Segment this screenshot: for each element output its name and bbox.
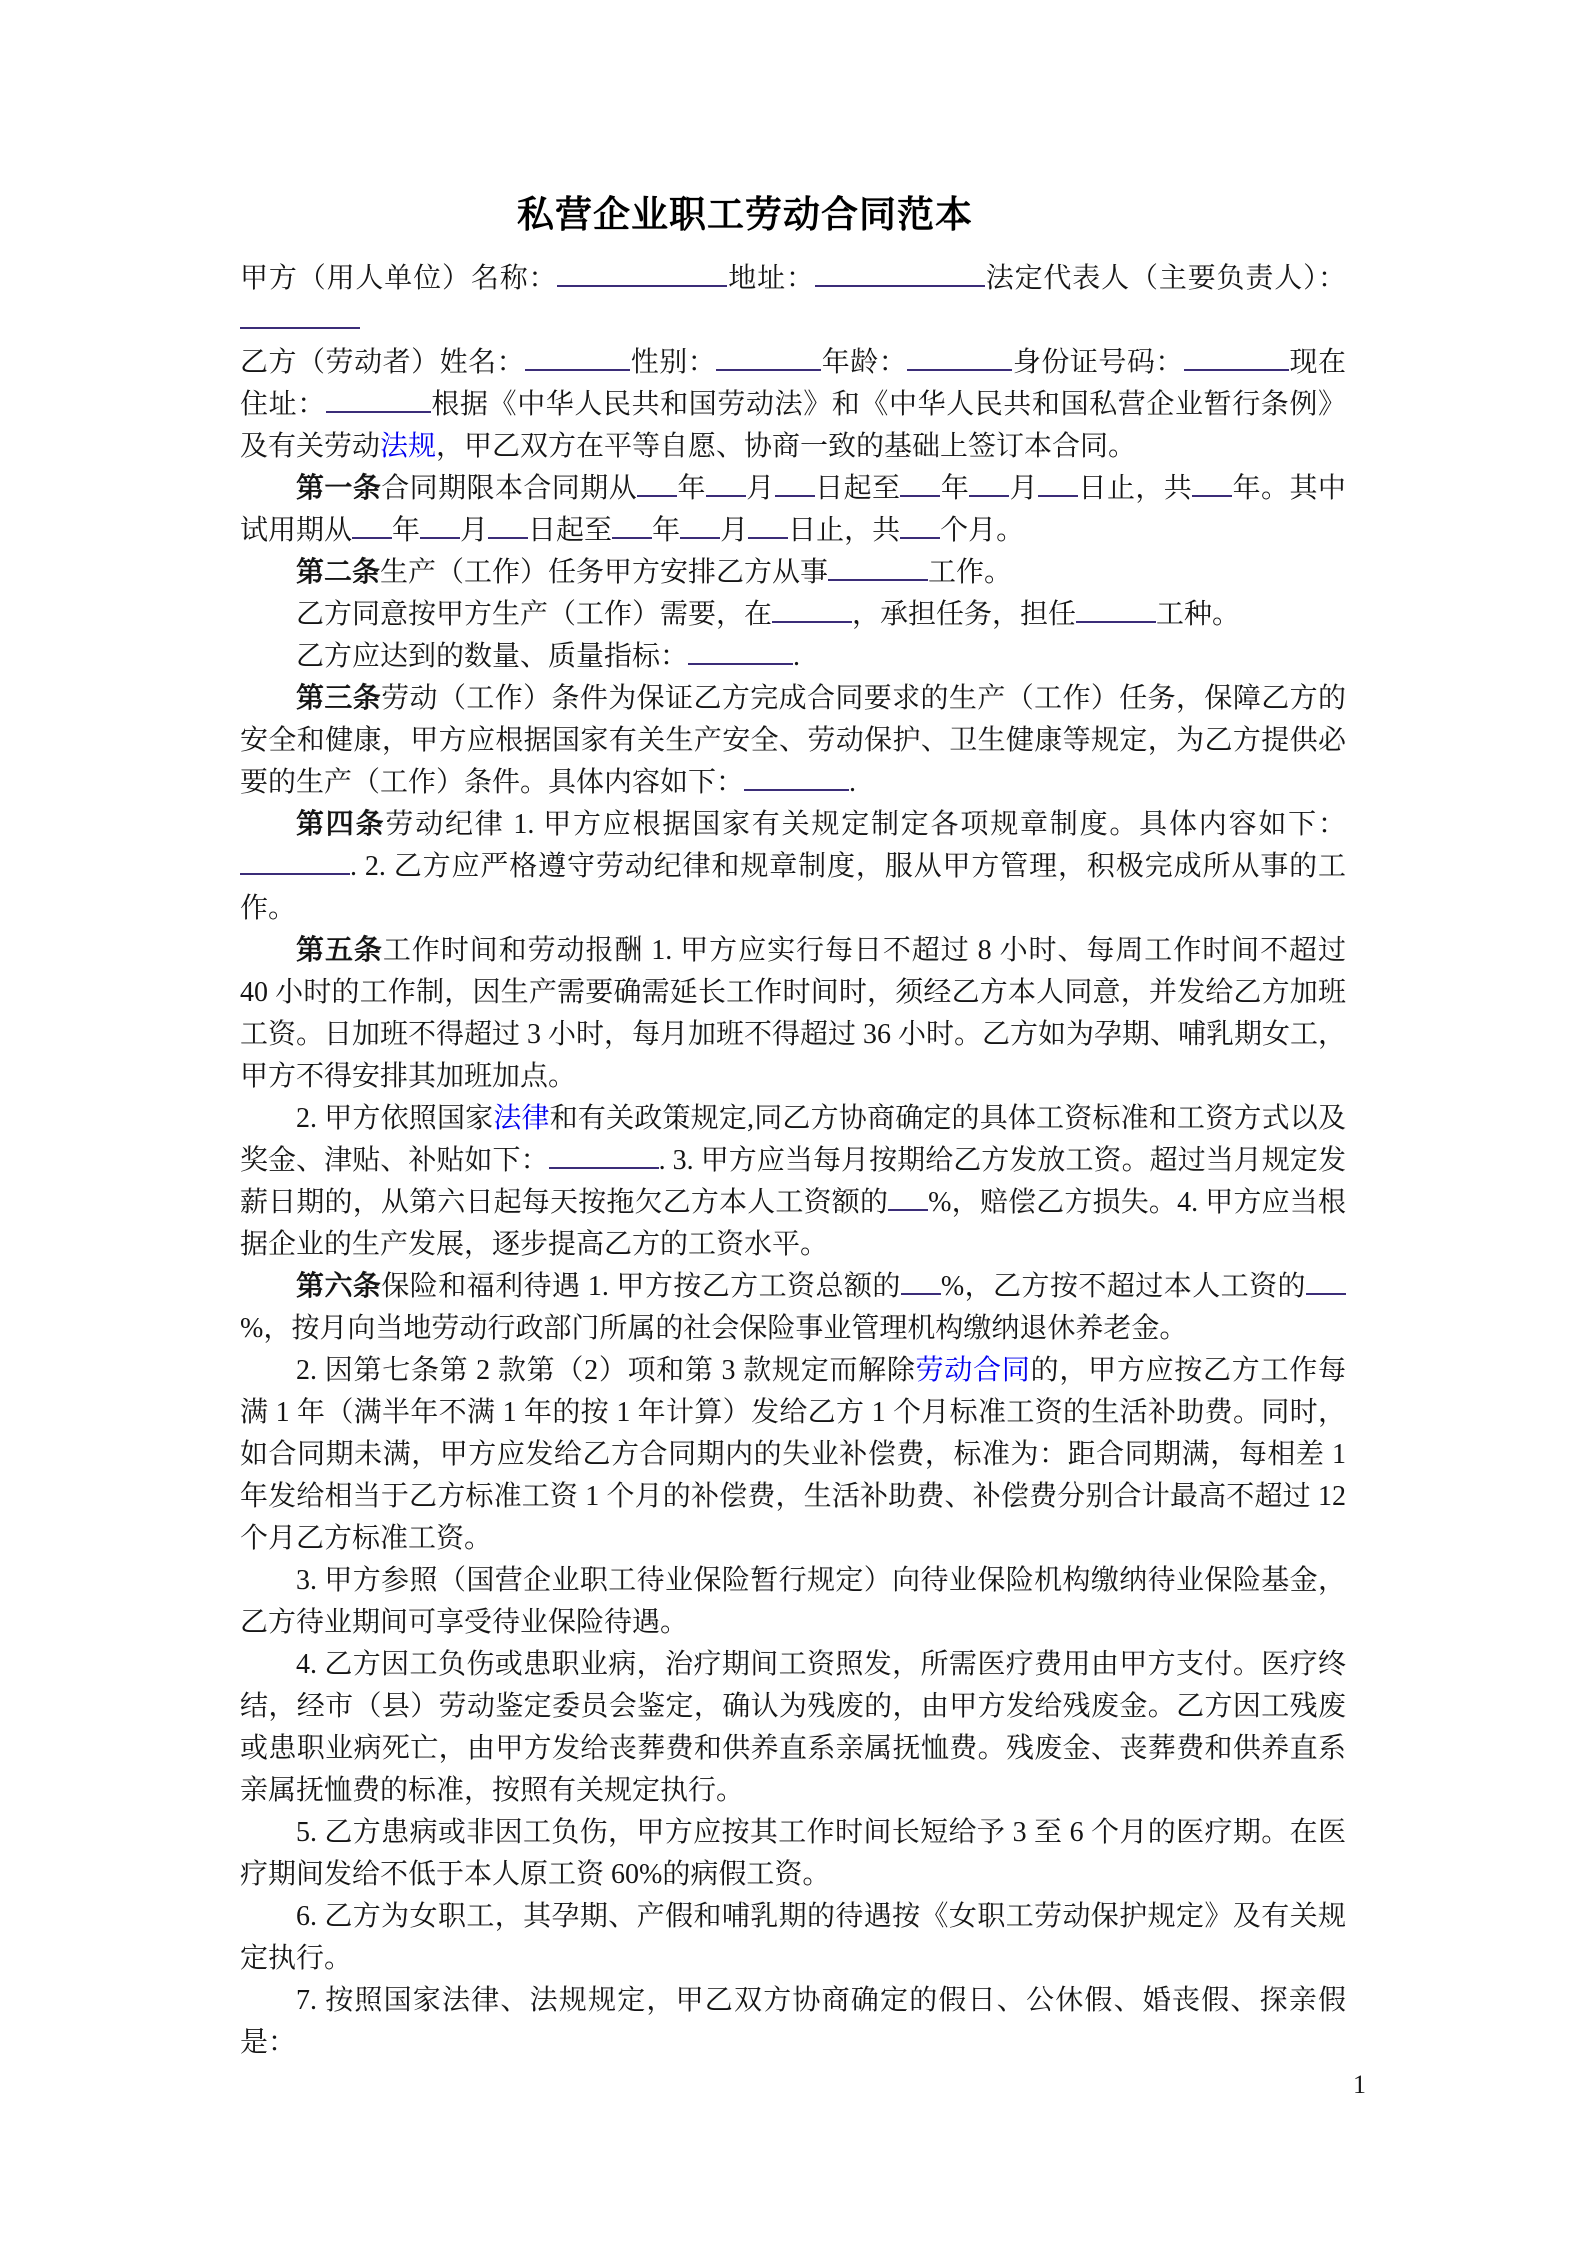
text-run: 生产（工作）任务甲方安排乙方从事: [380, 557, 828, 588]
text-run: 5. 乙方患病或非因工负伤，甲方应按其工作时间长短给予 3 至 6 个月的医疗期…: [240, 1817, 1346, 1890]
paragraph: 乙方（劳动者）姓名：性别：年龄：身份证号码：现在住址：根据《中华人民共和国劳动法…: [240, 342, 1346, 468]
blank-fill-in-field: [326, 387, 431, 413]
blank-fill-in-field: [352, 513, 392, 539]
hyperlink[interactable]: 法规: [380, 431, 436, 462]
blank-fill-in-field: [1076, 597, 1156, 623]
blank-fill-in-field: [1038, 471, 1078, 497]
text-run: 地址：: [727, 263, 814, 294]
blank-fill-in-field: [748, 513, 788, 539]
text-run: 月: [720, 515, 748, 546]
paragraph: 第六条保险和福利待遇 1. 甲方按乙方工资总额的%，乙方按不超过本人工资的%，按…: [240, 1266, 1346, 1350]
blank-fill-in-field: [706, 471, 746, 497]
paragraph: 3. 甲方参照（国营企业职工待业保险暂行规定）向待业保险机构缴纳待业保险基金，乙…: [240, 1560, 1346, 1644]
blank-fill-in-field: [815, 261, 985, 287]
text-run: ，承担任务，担任: [852, 599, 1076, 630]
text-run: 年: [652, 515, 680, 546]
article-heading: 第一条: [296, 473, 381, 504]
blank-fill-in-field: [901, 1269, 941, 1295]
text-run: 2. 因第七条第 2 款第（2）项和第 3 款规定而解除: [296, 1355, 916, 1386]
page-number: 1: [240, 2070, 1366, 2100]
text-run: 工作时间和劳动报酬 1. 甲方应实行每日不超过 8 小时、每周工作时间不超过 4…: [240, 935, 1346, 1092]
text-run: 日起至: [815, 473, 901, 504]
text-run: 6. 乙方为女职工，其孕期、产假和哺乳期的待遇按《女职工劳动保护规定》及有关规定…: [240, 1901, 1346, 1974]
blank-fill-in-field: [525, 345, 630, 371]
text-run: 年: [940, 473, 969, 504]
blank-fill-in-field: [612, 513, 652, 539]
blank-fill-in-field: [549, 1143, 659, 1169]
text-run: 劳动纪律 1. 甲方应根据国家有关规定制定各项规章制度。具体内容如下：: [385, 809, 1346, 840]
text-run: 工作。: [928, 557, 1012, 588]
blank-fill-in-field: [488, 513, 528, 539]
blank-fill-in-field: [680, 513, 720, 539]
blank-fill-in-field: [420, 513, 460, 539]
article-heading: 第四条: [296, 809, 385, 840]
paragraph: 2. 因第七条第 2 款第（2）项和第 3 款规定而解除劳动合同的，甲方应按乙方…: [240, 1350, 1346, 1560]
text-run: 月: [1009, 473, 1038, 504]
paragraph: 第五条工作时间和劳动报酬 1. 甲方应实行每日不超过 8 小时、每周工作时间不超…: [240, 930, 1346, 1098]
text-run: 乙方同意按甲方生产（工作）需要，在: [296, 599, 772, 630]
paragraph: 甲方（用人单位）名称：地址：法定代表人（主要负责人）：: [240, 258, 1346, 342]
paragraph: 第一条合同期限本合同期从年月日起至年月日止，共年。其中试用期从年月日起至年月日止…: [240, 468, 1346, 552]
paragraph: 第三条劳动（工作）条件为保证乙方完成合同要求的生产（工作）任务，保障乙方的安全和…: [240, 678, 1346, 804]
blank-fill-in-field: [240, 303, 360, 329]
blank-fill-in-field: [637, 471, 677, 497]
blank-fill-in-field: [900, 513, 940, 539]
blank-fill-in-field: [969, 471, 1009, 497]
text-run: 日止，共: [788, 515, 900, 546]
paragraph: 6. 乙方为女职工，其孕期、产假和哺乳期的待遇按《女职工劳动保护规定》及有关规定…: [240, 1896, 1346, 1980]
blank-fill-in-field: [1184, 345, 1289, 371]
article-heading: 第五条: [296, 935, 383, 966]
text-run: 3. 甲方参照（国营企业职工待业保险暂行规定）向待业保险机构缴纳待业保险基金，乙…: [240, 1565, 1346, 1638]
text-run: 4. 乙方因工负伤或患职业病，治疗期间工资照发，所需医疗费用由甲方支付。医疗终结…: [240, 1649, 1346, 1806]
text-run: 月: [746, 473, 775, 504]
text-run: %，按月向当地劳动行政部门所属的社会保险事业管理机构缴纳退休养老金。: [240, 1313, 1187, 1344]
blank-fill-in-field: [1306, 1269, 1346, 1295]
text-run: 乙方（劳动者）姓名：: [240, 347, 525, 378]
text-run: 保险和福利待遇 1. 甲方按乙方工资总额的: [381, 1271, 901, 1302]
text-run: 合同期限本合同期从: [381, 473, 637, 504]
text-run: 年: [677, 473, 706, 504]
paragraph: 5. 乙方患病或非因工负伤，甲方应按其工作时间长短给予 3 至 6 个月的医疗期…: [240, 1812, 1346, 1896]
blank-fill-in-field: [907, 345, 1012, 371]
blank-fill-in-field: [744, 765, 849, 791]
blank-fill-in-field: [888, 1185, 928, 1211]
blank-fill-in-field: [240, 849, 350, 875]
paragraph: 7. 按照国家法律、法规规定，甲乙双方协商确定的假日、公休假、婚丧假、探亲假是：: [240, 1980, 1346, 2064]
blank-fill-in-field: [900, 471, 940, 497]
text-run: 性别：: [630, 347, 716, 378]
text-run: 日起至: [528, 515, 612, 546]
text-run: 年龄：: [821, 347, 907, 378]
text-run: . 2. 乙方应严格遵守劳动纪律和规章制度，服从甲方管理，积极完成所从事的工作。: [240, 851, 1346, 924]
text-run: 日止，共: [1078, 473, 1192, 504]
text-run: 工种。: [1156, 599, 1240, 630]
paragraph: 乙方同意按甲方生产（工作）需要，在，承担任务，担任工种。: [240, 594, 1346, 636]
document-page: 私营企业职工劳动合同范本 甲方（用人单位）名称：地址：法定代表人（主要负责人）：…: [0, 0, 1586, 2244]
paragraph: 第四条劳动纪律 1. 甲方应根据国家有关规定制定各项规章制度。具体内容如下：. …: [240, 804, 1346, 930]
hyperlink[interactable]: 劳动合同: [916, 1355, 1031, 1386]
blank-fill-in-field: [775, 471, 815, 497]
text-run: 身份证号码：: [1012, 347, 1184, 378]
article-heading: 第三条: [296, 683, 381, 714]
text-run: .: [849, 767, 856, 798]
paragraph: 2. 甲方依照国家法律和有关政策规定,同乙方协商确定的具体工资标准和工资方式以及…: [240, 1098, 1346, 1266]
blank-fill-in-field: [557, 261, 727, 287]
document-body: 甲方（用人单位）名称：地址：法定代表人（主要负责人）：乙方（劳动者）姓名：性别：…: [240, 258, 1346, 2064]
text-run: 法定代表人（主要负责人）：: [985, 263, 1346, 294]
hyperlink[interactable]: 法律: [493, 1103, 549, 1134]
text-run: ，甲乙双方在平等自愿、协商一致的基础上签订本合同。: [436, 431, 1136, 462]
document-title: 私营企业职工劳动合同范本: [240, 184, 1250, 238]
text-run: %，乙方按不超过本人工资的: [941, 1271, 1306, 1302]
blank-fill-in-field: [688, 639, 793, 665]
text-run: 年: [392, 515, 420, 546]
paragraph: 第二条生产（工作）任务甲方安排乙方从事工作。: [240, 552, 1346, 594]
text-run: 2. 甲方依照国家: [296, 1103, 493, 1134]
blank-fill-in-field: [828, 555, 928, 581]
text-run: 乙方应达到的数量、质量指标：: [296, 641, 688, 672]
blank-fill-in-field: [1192, 471, 1232, 497]
text-run: 个月。: [940, 515, 1024, 546]
paragraph: 4. 乙方因工负伤或患职业病，治疗期间工资照发，所需医疗费用由甲方支付。医疗终结…: [240, 1644, 1346, 1812]
text-run: .: [793, 641, 800, 672]
article-heading: 第二条: [296, 557, 380, 588]
paragraph: 乙方应达到的数量、质量指标：.: [240, 636, 1346, 678]
text-run: 月: [460, 515, 488, 546]
text-run: 7. 按照国家法律、法规规定，甲乙双方协商确定的假日、公休假、婚丧假、探亲假是：: [240, 1985, 1346, 2058]
article-heading: 第六条: [296, 1271, 381, 1302]
text-run: 甲方（用人单位）名称：: [240, 263, 557, 294]
blank-fill-in-field: [772, 597, 852, 623]
blank-fill-in-field: [716, 345, 821, 371]
